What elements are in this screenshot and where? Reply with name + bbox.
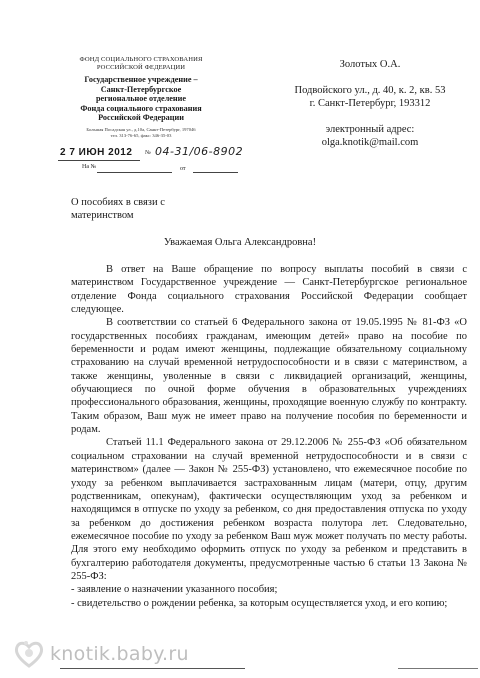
document-list-item: - свидетельство о рождении ребенка, за к… — [71, 597, 467, 610]
recipient-block: Золотых О.А. Подвойского ул., д. 40, к. … — [270, 58, 470, 149]
subject-line1: О пособиях в связи с — [71, 196, 211, 209]
institution-name: Государственное учреждение – Санкт-Петер… — [56, 75, 226, 123]
institution-line: Санкт-Петербургское — [56, 85, 226, 95]
institution-line: региональное отделение — [56, 94, 226, 104]
body-paragraph: Статьей 11.1 Федерального закона от 29.1… — [71, 436, 467, 583]
baby-heart-logo-icon — [14, 640, 44, 668]
recipient-name: Золотых О.А. — [270, 58, 470, 71]
signature-line — [60, 668, 245, 669]
subject-line2: материнством — [71, 209, 211, 222]
body-paragraph: В ответ на Ваше обращение по вопросу вып… — [71, 263, 467, 316]
number-label: № — [145, 150, 151, 156]
watermark-text: knotik.baby.ru — [50, 643, 189, 665]
body-paragraph: В соответствии со статьей 6 Федерального… — [71, 316, 467, 436]
institution-line: Фонда социального страхования — [56, 104, 226, 114]
letterhead: ФОНД СОЦИАЛЬНОГО СТРАХОВАНИЯ РОССИЙСКОЙ … — [56, 56, 226, 139]
date-underline — [58, 160, 140, 161]
recipient-email: olga.knotik@mail.com — [270, 136, 470, 149]
greeting: Уважаемая Ольга Александровна! — [0, 237, 480, 248]
recipient-address-line2: г. Санкт-Петербург, 193312 — [270, 97, 470, 110]
reference-date-label: от — [180, 166, 186, 172]
outgoing-number-handwritten: 04-31/06-8902 — [155, 145, 243, 158]
date-stamp: 2 7 ИЮН 2012 — [60, 147, 132, 158]
letter-body: В ответ на Ваше обращение по вопросу вып… — [71, 263, 467, 610]
institution-address: Большая Посадская ул., д.10а, Санкт-Пете… — [56, 127, 226, 139]
letter-subject: О пособиях в связи с материнством — [71, 196, 211, 222]
signature-line-right — [398, 668, 478, 669]
reference-date-line — [193, 172, 238, 173]
reference-number-label: На № — [82, 164, 96, 170]
institution-phone-line: тел. 313-76-65, факс: 346-35-03 — [56, 133, 226, 139]
document-list-item: - заявление о назначении указанного посо… — [71, 583, 467, 596]
institution-line: Российской Федерации — [56, 113, 226, 123]
watermark: knotik.baby.ru — [14, 640, 189, 668]
fund-name-line2: РОССИЙСКОЙ ФЕДЕРАЦИИ — [56, 64, 226, 72]
fund-name-line1: ФОНД СОЦИАЛЬНОГО СТРАХОВАНИЯ — [56, 56, 226, 64]
institution-line: Государственное учреждение – — [56, 75, 226, 85]
recipient-email-label: электронный адрес: — [270, 123, 470, 136]
recipient-address-line1: Подвойского ул., д. 40, к. 2, кв. 53 — [270, 84, 470, 97]
reference-number-line — [97, 172, 172, 173]
